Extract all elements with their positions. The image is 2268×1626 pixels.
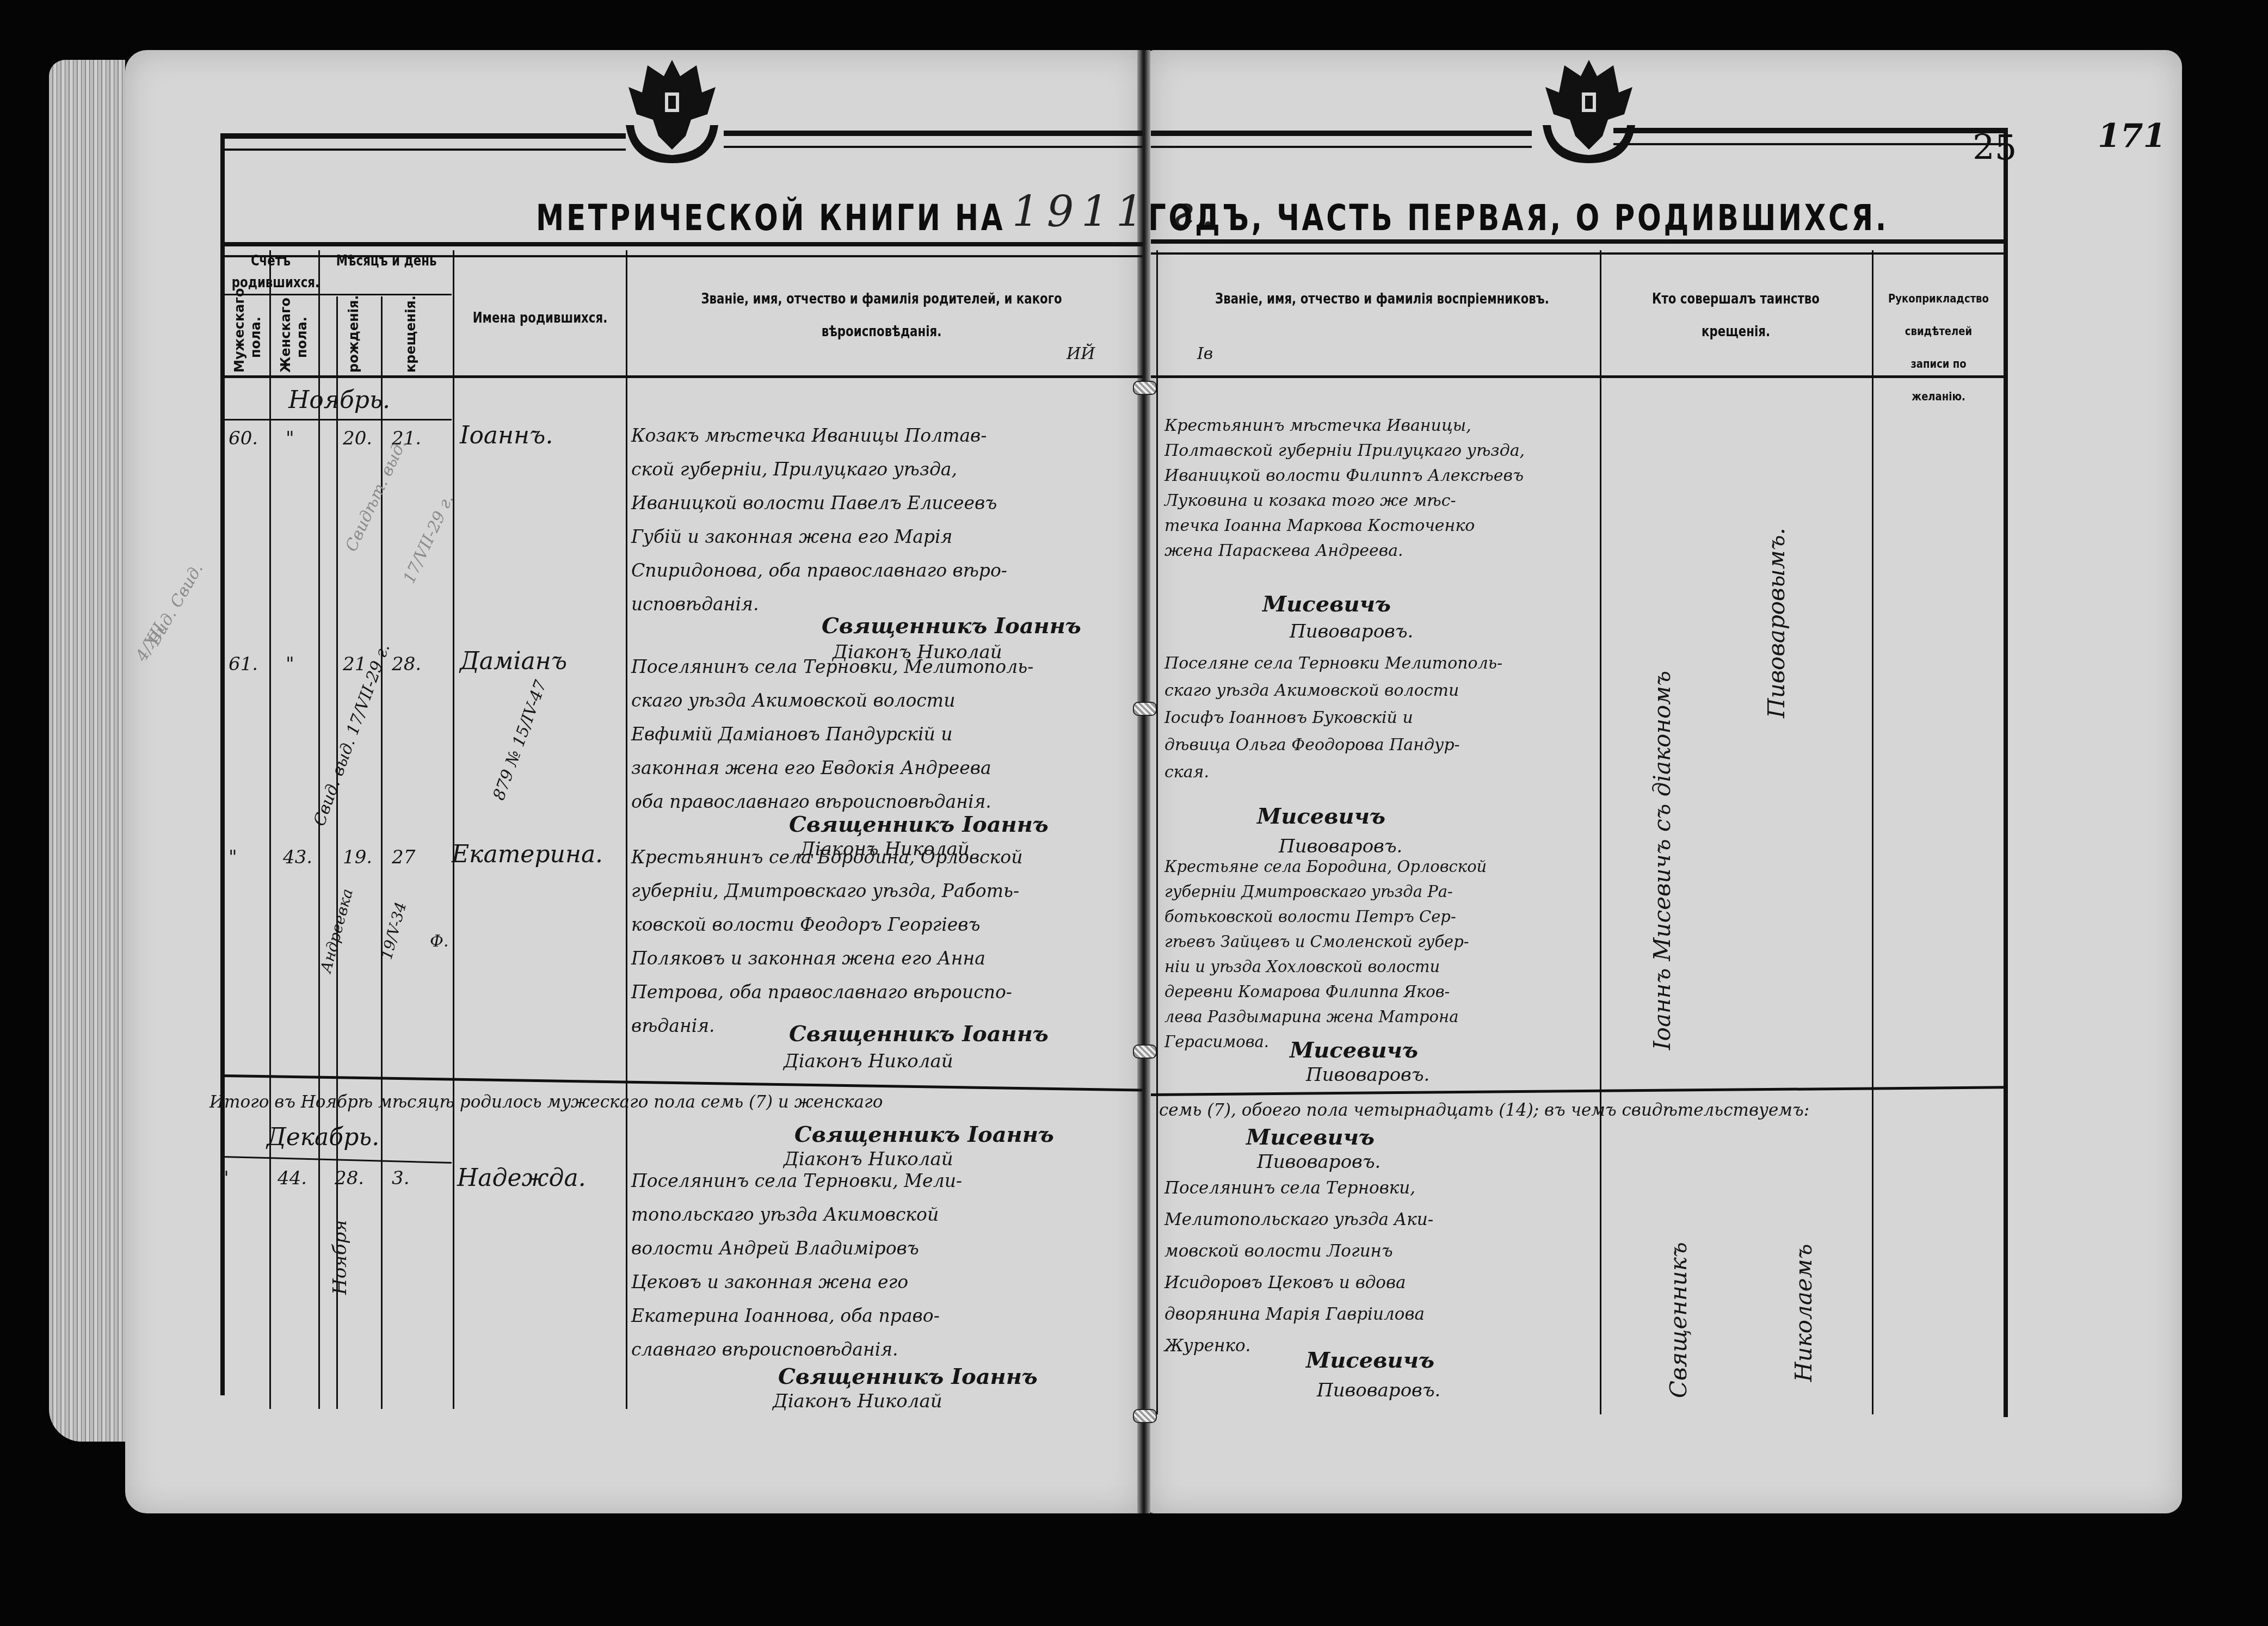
birth-month-note: Ноября (329, 1197, 351, 1295)
book-title-left: МЕТРИЧЕСКОЙ КНИГИ НА (536, 197, 1005, 239)
male-count: 61. (229, 647, 258, 681)
page-edges-stack (49, 60, 125, 1442)
ink-margin-note: Ф. (430, 925, 448, 959)
frame-top-rule (220, 133, 626, 151)
header-margin-mark: Ів (1197, 337, 1213, 371)
header-witness-signatures: Рукоприкладство свидѣтелей записи по жел… (1886, 283, 1991, 413)
header-month-day: Мѣсяцъ и день (333, 250, 440, 272)
child-name: Даміанъ (460, 645, 567, 678)
godparents-text: Крестьяне села Бородина, Орловскойгуберн… (1164, 854, 1487, 1054)
header-birth: рожденія. (346, 302, 362, 373)
performed-by-deacon: Николаемъ (1790, 1197, 1817, 1382)
performed-by-priest: Іоаннъ Мисевичъ съ діакономъ (1649, 424, 1675, 1050)
baptism-day: 3. (392, 1161, 409, 1195)
child-name: Екатерина. (452, 838, 603, 871)
column-divider (453, 250, 454, 1409)
psalmist-signature: Мисевичъ (1306, 1344, 1434, 1377)
header-birth-count: Счетъ родившихся. (232, 250, 310, 294)
page-number: 25 (1973, 128, 2017, 168)
column-divider (626, 250, 627, 1409)
archive-folio-number: 171 (2098, 117, 2166, 155)
book-title-right: ГОДЪ, ЧАСТЬ ПЕРВАЯ, О РОДИВШИХСЯ. (1148, 197, 1889, 239)
baptism-day: 27 (392, 840, 415, 874)
column-divider (269, 250, 271, 1409)
deacon-signature: Діаконъ Николай (773, 1384, 942, 1418)
month-header-december: Декабрь. (267, 1121, 379, 1154)
binding-thread (1133, 1044, 1157, 1059)
performed-by-deacon: Пивоваровымъ. (1763, 500, 1790, 718)
frame-top-rule (1613, 128, 2008, 145)
female-count: 43. (283, 840, 312, 874)
female-count: " (286, 647, 294, 681)
header-bottom-rule (1151, 375, 2005, 378)
deacon-signature: Діаконъ Николай (784, 1044, 953, 1078)
header-margin-mark: ИЙ (1067, 337, 1095, 371)
psalmist-surname: Пивоваровъ. (1290, 615, 1413, 648)
birth-day: 28. (335, 1161, 364, 1195)
month-rule (223, 419, 452, 421)
male-count: 60. (229, 422, 258, 455)
godparents-text: Крестьянинъ мѣстечка Иваницы,Полтавской … (1164, 413, 1525, 564)
binding-thread (1133, 381, 1157, 395)
parents-text: Поселянинъ села Терновки, Мели-топольска… (631, 1164, 962, 1367)
header-bottom-rule (223, 375, 1143, 378)
female-count: " (286, 422, 294, 455)
header-performed-by: Кто совершалъ таинство крещенія. (1629, 283, 1843, 348)
frame-right-rule (2004, 128, 2008, 1417)
birth-day: 19. (343, 840, 372, 874)
parents-text: Поселянинъ села Терновки, Мелитополь-ска… (631, 650, 1033, 819)
male-count: " (229, 840, 237, 874)
header-female: Женскаго пола. (278, 302, 310, 373)
godparents-text: Поселяне села Терновки Мелитополь-скаго … (1164, 650, 1502, 786)
male-count: " (220, 1161, 229, 1195)
imperial-eagle-crest-icon (1537, 54, 1641, 174)
column-divider (318, 250, 320, 1409)
column-divider (1872, 250, 1873, 1414)
column-divider (1156, 250, 1158, 1414)
month-header-november: Ноябрь. (288, 384, 390, 417)
parents-text: Крестьянинъ села Бородина, Орловскойгубе… (631, 840, 1022, 1043)
header-godparents: Званіе, имя, отчество и фамилія воспріем… (1208, 283, 1556, 316)
column-divider (1600, 250, 1601, 1414)
imperial-eagle-crest-icon (620, 54, 724, 174)
child-name: Надежда. (457, 1161, 586, 1195)
header-names: Имена родившихся. (470, 302, 610, 335)
book-gutter (1137, 50, 1150, 1513)
godparents-text: Поселянинъ села Терновки,Мелитопольскаго… (1164, 1172, 1433, 1362)
frame-left-rule (220, 133, 225, 1395)
summary-left-line: Итого въ Ноябрѣ мѣсяцѣ родилось мужескаг… (209, 1085, 883, 1119)
header-rule (1151, 239, 2005, 255)
header-male: Мужескаго пола. (231, 302, 264, 373)
female-count: 44. (278, 1161, 307, 1195)
frame-top-rule (1151, 131, 1532, 148)
psalmist-surname: Пивоваровъ. (1306, 1058, 1429, 1092)
binding-thread (1133, 702, 1157, 716)
psalmist-signature: Мисевичъ (1257, 800, 1385, 833)
performed-by-priest: Священникъ (1665, 1186, 1692, 1398)
binding-thread (1133, 1409, 1157, 1423)
child-name: Іоаннъ. (460, 419, 553, 453)
parents-text: Козакъ мѣстечка Иваницы Полтав-ской губе… (631, 419, 1007, 621)
header-baptism: крещенія. (403, 302, 419, 373)
header-parents: Званіе, имя, отчество и фамилія родителе… (676, 283, 1087, 348)
birth-day: 20. (343, 422, 372, 455)
frame-top-rule (724, 131, 1143, 148)
psalmist-surname: Пивоваровъ. (1317, 1374, 1440, 1407)
